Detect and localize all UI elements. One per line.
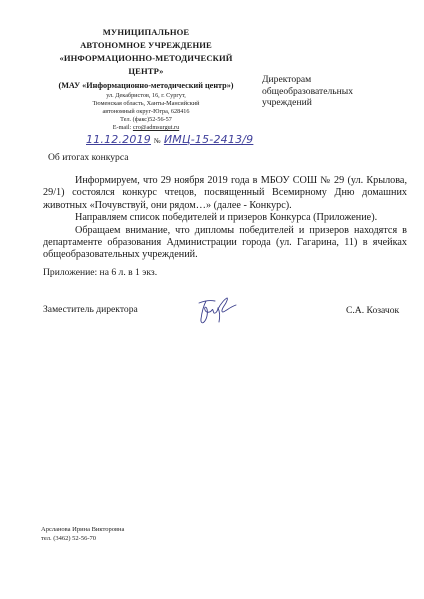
registration-line: 11.12.2019№ИМЦ-15-2413/9 [86, 133, 253, 146]
body-paragraph: Обращаем внимание, что дипломы победител… [43, 225, 407, 262]
signatory-position: Заместитель директора [43, 304, 138, 315]
addressee-line: общеобразовательных [262, 86, 353, 98]
address-line: Тюменская область, Ханты-Мансийский [40, 100, 252, 108]
org-name-line: АВТОНОМНОЕ УЧРЕЖДЕНИЕ [40, 39, 252, 52]
body-paragraph: Направляем список победителей и призеров… [43, 212, 407, 224]
org-name-line: ЦЕНТР» [40, 65, 252, 78]
signatory-name: С.А. Козачок [346, 305, 399, 316]
handwritten-signature [196, 295, 240, 327]
executor-name: Арсланова Ирина Викторовна [41, 526, 124, 535]
registration-date: 11.12.2019 [86, 133, 151, 146]
executor-phone: тел. (3462) 52-56-70 [41, 535, 124, 544]
letterhead: МУНИЦИПАЛЬНОЕ АВТОНОМНОЕ УЧРЕЖДЕНИЕ «ИНФ… [40, 26, 252, 132]
email-link[interactable]: cro@admsurgut.ru [133, 124, 179, 131]
letter-subject: Об итогах конкурса [48, 152, 128, 163]
email-label: E-mail: [113, 124, 133, 131]
org-name-line: «ИНФОРМАЦИОННО-МЕТОДИЧЕСКИЙ [40, 52, 252, 65]
org-short-name: (МАУ «Информационно-методический центр») [40, 80, 252, 92]
attachment-note: Приложение: на 6 л. в 1 экз. [43, 267, 157, 278]
number-sign: № [154, 137, 161, 145]
address-line: автономный округ-Югра, 628416 [40, 108, 252, 116]
org-name-line: МУНИЦИПАЛЬНОЕ [40, 26, 252, 39]
addressee-line: Директорам [262, 74, 353, 86]
email-line: E-mail: cro@admsurgut.ru [40, 124, 252, 132]
phone-fax-line: Тел. (факс)52-56-57 [40, 116, 252, 124]
registration-number: ИМЦ-15-2413/9 [164, 133, 254, 146]
addressee: Директорам общеобразовательных учреждени… [262, 74, 353, 109]
letter-body: Информируем, что 29 ноября 2019 года в М… [43, 175, 407, 262]
body-paragraph: Информируем, что 29 ноября 2019 года в М… [43, 175, 407, 212]
address-line: ул. Декабристов, 16, г. Сургут, [40, 92, 252, 100]
addressee-line: учреждений [262, 97, 353, 109]
executor-info: Арсланова Ирина Викторовна тел. (3462) 5… [41, 526, 124, 543]
